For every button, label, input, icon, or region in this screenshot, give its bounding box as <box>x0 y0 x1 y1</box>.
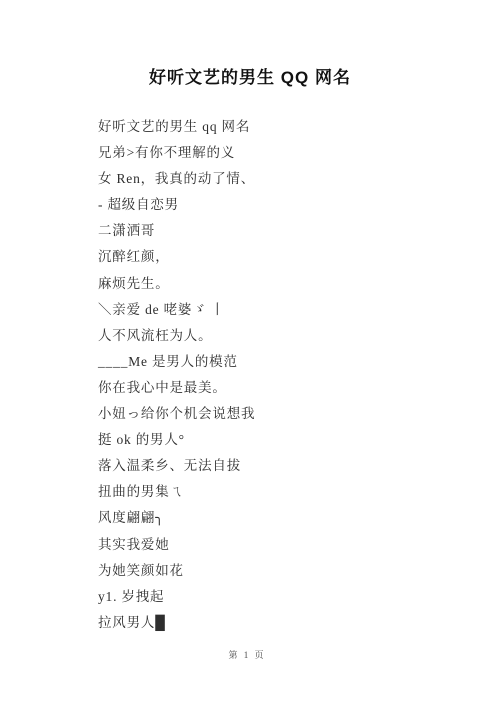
nickname-line: 二潇洒哥 <box>98 218 470 244</box>
nickname-line: 为她笑颜如花 <box>98 558 470 584</box>
nickname-line: 人不风流枉为人。 <box>98 323 470 349</box>
nickname-line: 其实我爱她 <box>98 532 470 558</box>
nickname-line: ____Me 是男人的模范 <box>98 349 470 375</box>
nickname-line: 拉风男人█ <box>98 610 470 636</box>
page-title: 好听文艺的男生 QQ 网名 <box>0 0 500 88</box>
document-page: 好听文艺的男生 QQ 网名 好听文艺的男生 qq 网名 兄弟>有你不理解的义 女… <box>0 0 500 708</box>
nickname-line: y1. 岁拽起 <box>98 584 470 610</box>
nickname-line: 沉醉红颜， <box>98 244 470 270</box>
nickname-line: 好听文艺的男生 qq 网名 <box>98 114 470 140</box>
nickname-line: 挺 ok 的男人° <box>98 427 470 453</box>
nickname-line: 麻烦先生。 <box>98 271 470 297</box>
nickname-line: 落入温柔乡、无法自拔 <box>98 453 470 479</box>
nickname-line: 扭曲的男集ㄟ <box>98 479 470 505</box>
page-number: 第 1 页 <box>0 648 494 661</box>
nickname-line: 女 Ren，我真的动了情、 <box>98 166 470 192</box>
nickname-line: - 超级自恋男 <box>98 192 470 218</box>
nickname-line: 你在我心中是最美。 <box>98 375 470 401</box>
nickname-line: 小妞っ给你个机会说想我 <box>98 401 470 427</box>
nickname-line: 风度翩翩╮ <box>98 505 470 531</box>
nickname-list: 好听文艺的男生 qq 网名 兄弟>有你不理解的义 女 Ren，我真的动了情、 -… <box>98 114 470 636</box>
nickname-line: ＼亲爱 de 咾婆ゞ 丨 <box>98 297 470 323</box>
nickname-line: 兄弟>有你不理解的义 <box>98 140 470 166</box>
